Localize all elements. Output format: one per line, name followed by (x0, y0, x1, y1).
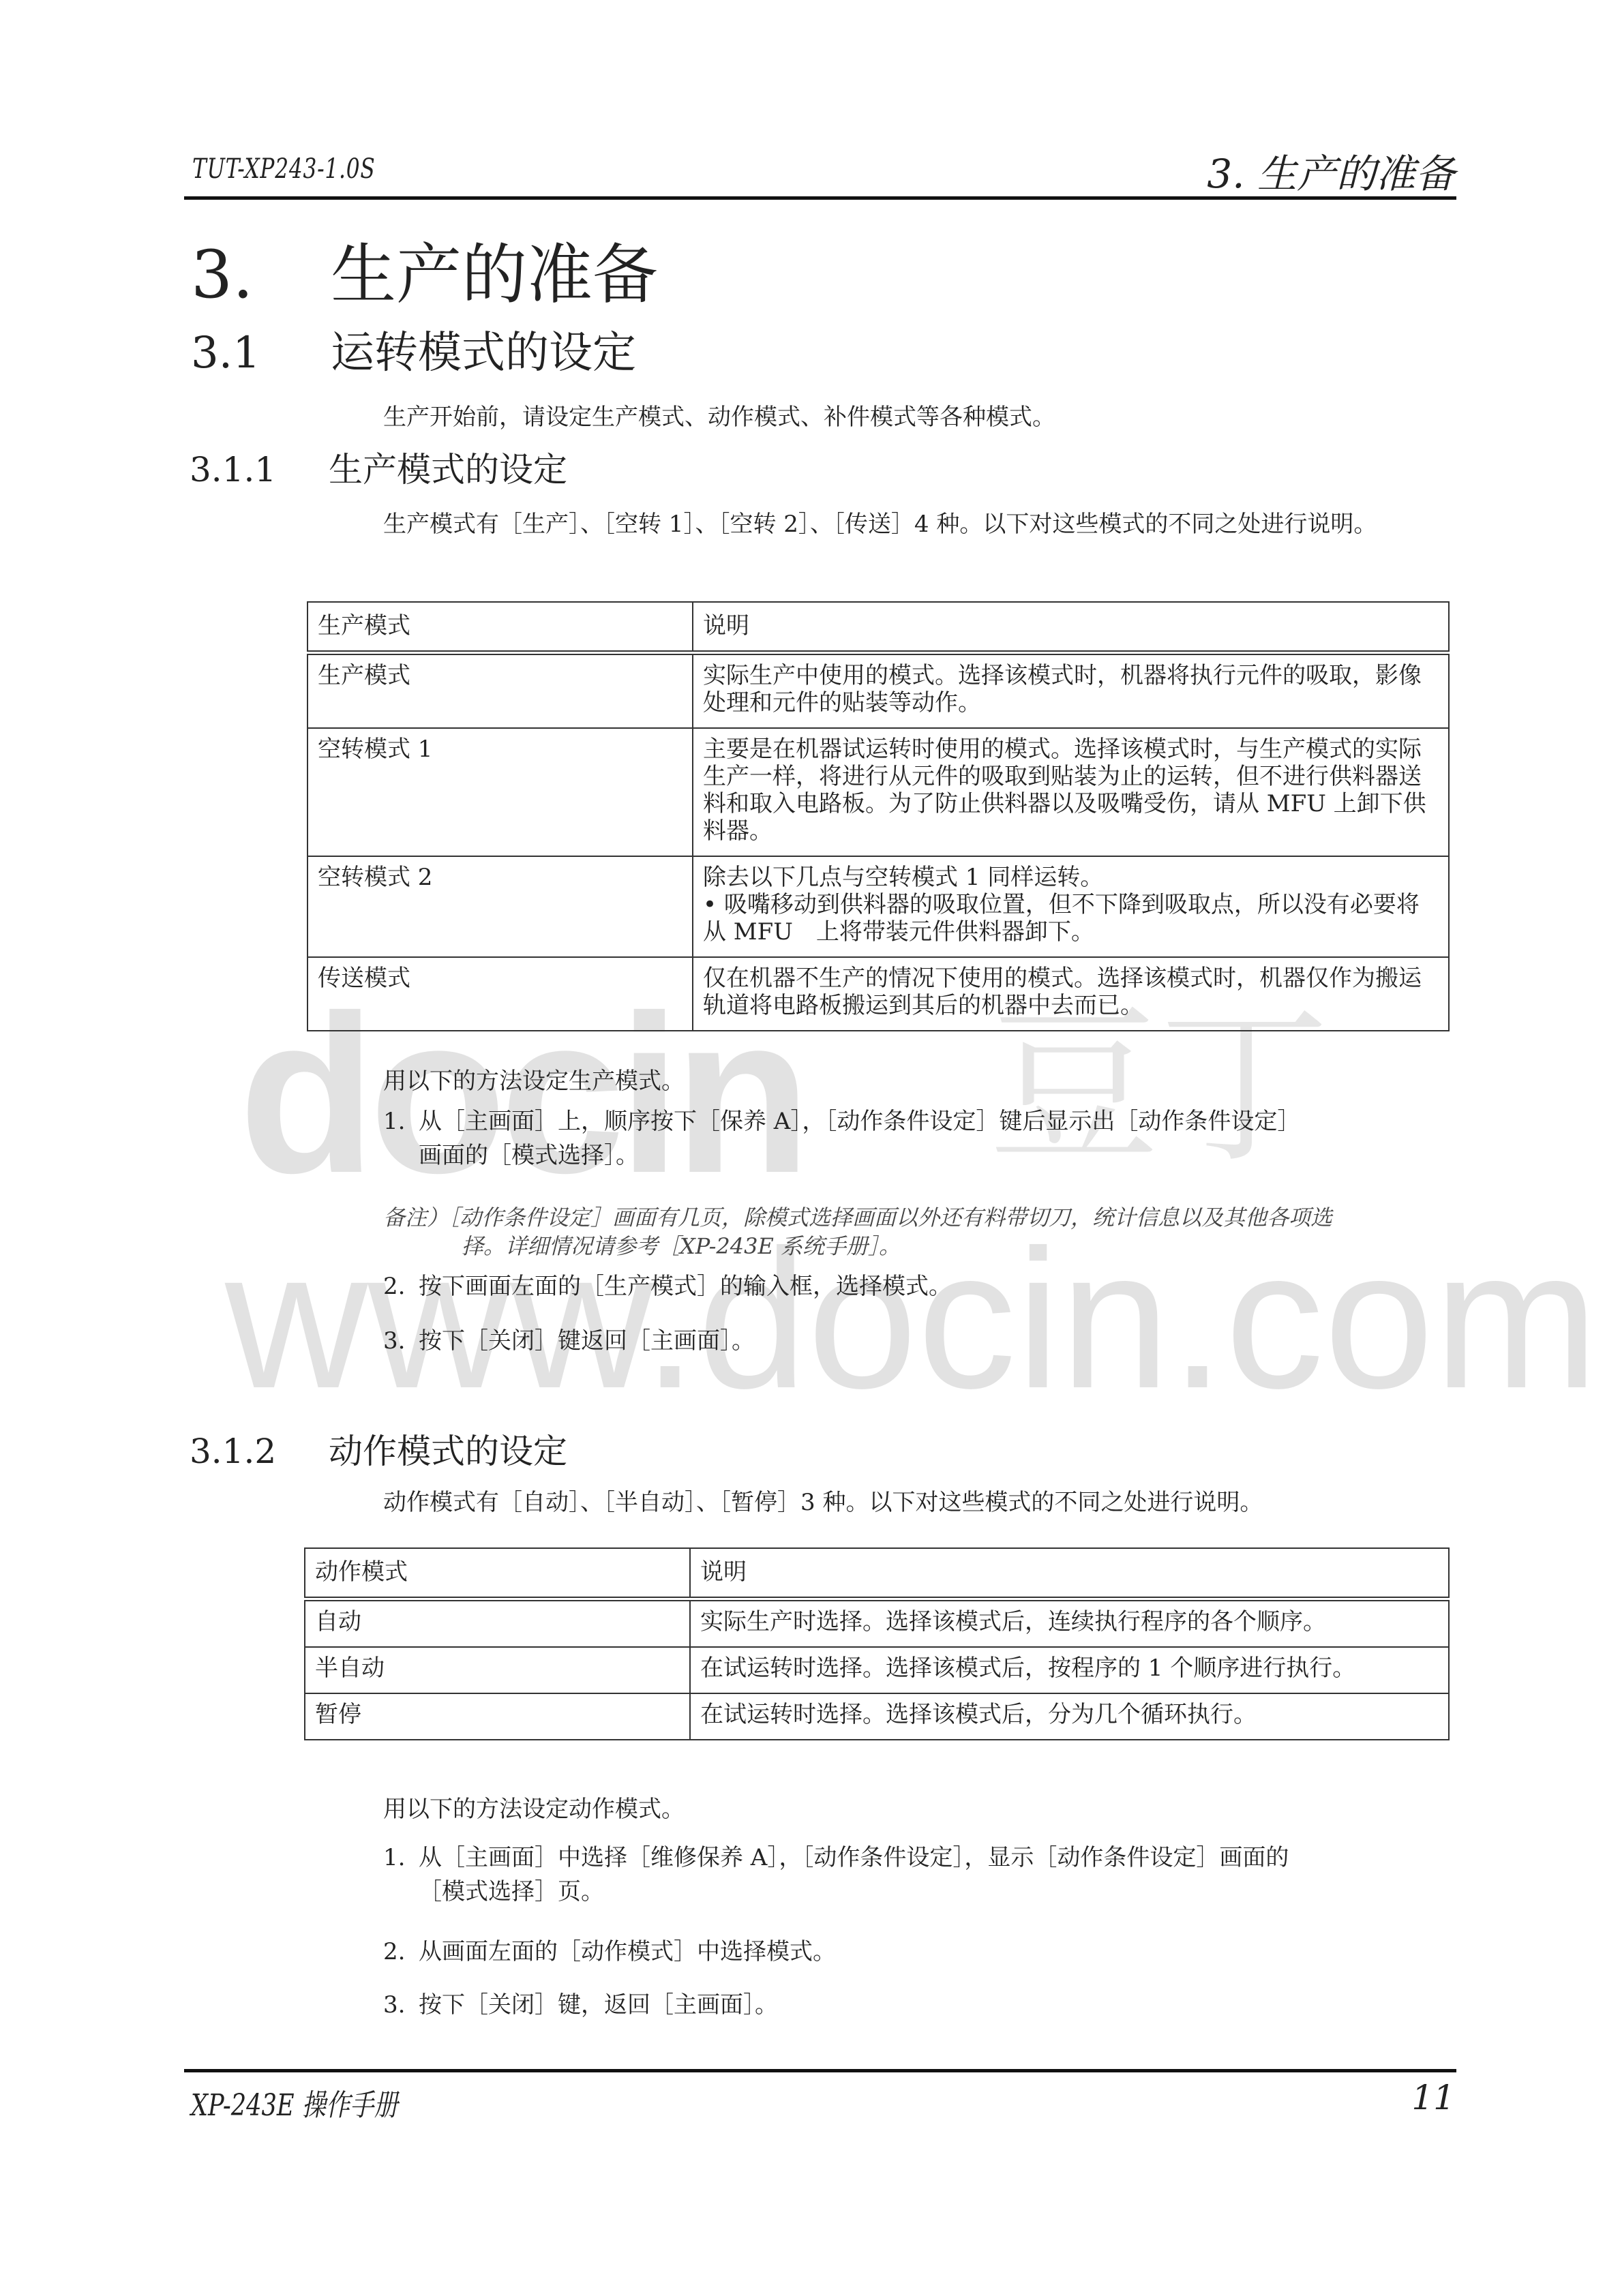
step-item: 2.从画面左面的［动作模式］中选择模式。 (383, 1935, 1447, 1969)
step-item: 1.从［主画面］上，顺序按下［保养 A］，［动作条件设定］键后显示出［动作条件设… (383, 1104, 1447, 1173)
table-row: 空转模式 2 除去以下几点与空转模式 1 同样运转。 • 吸嘴移动到供料器的吸取… (307, 856, 1449, 957)
subsection-number: 3.1.1 (190, 453, 329, 487)
table-row: 传送模式 仅在机器不生产的情况下使用的模式。选择该模式时，机器仅作为搬运轨道将电… (307, 957, 1449, 1031)
method-intro: 用以下的方法设定生产模式。 (383, 1065, 1447, 1098)
step-number: 1. (383, 1841, 419, 1875)
table-cell-mode: 传送模式 (307, 957, 693, 1031)
table-cell-desc: 实际生产时选择。选择该模式后，连续执行程序的各个顺序。 (690, 1599, 1449, 1648)
note-text-cont: 择。详细情况请参考［XP-243E 系统手册］。 (383, 1232, 1447, 1260)
table-cell-mode: 生产模式 (307, 653, 693, 729)
header-rule (184, 196, 1456, 200)
table-cell-desc: 除去以下几点与空转模式 1 同样运转。 • 吸嘴移动到供料器的吸取位置，但不下降… (693, 856, 1449, 957)
subsection-title: 动作模式的设定 (329, 1432, 567, 1471)
step-item: 2.按下画面左面的［生产模式］的输入框，选择模式。 (383, 1269, 1447, 1303)
table-header-cell: 生产模式 (307, 602, 693, 653)
table-header-row: 动作模式 说明 (305, 1548, 1449, 1599)
footer-page-number: 11 (1411, 2078, 1455, 2117)
note: 备注）［动作条件设定］画面有几页，除模式选择画面以外还有料带切刀，统计信息以及其… (383, 1203, 1447, 1260)
step-number: 3. (383, 1324, 419, 1358)
table-cell-mode: 空转模式 2 (307, 856, 693, 957)
subsection-heading-1: 3.1.1生产模式的设定 (190, 453, 567, 487)
section-heading: 3.1运转模式的设定 (191, 331, 636, 375)
step-number: 2. (383, 1935, 419, 1969)
table-cell-mode: 暂停 (305, 1693, 690, 1740)
section-title: 运转模式的设定 (331, 328, 636, 378)
table-cell-desc: 在试运转时选择。选择该模式后，按程序的 1 个顺序进行执行。 (690, 1647, 1449, 1693)
subsection-intro: 动作模式有［自动］、［半自动］、［暂停］3 种。以下对这些模式的不同之处进行说明… (383, 1486, 1447, 1519)
chapter-heading: 3.生产的准备 (191, 242, 658, 307)
step-item: 1.从［主画面］中选择［维修保养 A］，［动作条件设定］，显示［动作条件设定］画… (383, 1841, 1447, 1909)
table-row: 半自动 在试运转时选择。选择该模式后，按程序的 1 个顺序进行执行。 (305, 1647, 1449, 1693)
step-text: 从画面左面的［动作模式］中选择模式。 (419, 1938, 836, 1965)
table-cell-desc: 实际生产中使用的模式。选择该模式时，机器将执行元件的吸取，影像处理和元件的贴装等… (693, 653, 1449, 729)
step-text: 按下［关闭］键，返回［主画面］。 (419, 1991, 778, 2019)
operation-mode-table: 动作模式 说明 自动 实际生产时选择。选择该模式后，连续执行程序的各个顺序。 半… (304, 1547, 1450, 1740)
subsection-intro: 生产模式有［生产］、［空转 1］、［空转 2］、［传送］4 种。以下对这些模式的… (383, 508, 1447, 541)
header-chapter: 3. 生产的准备 (1207, 142, 1455, 199)
step-text: 从［主画面］中选择［维修保养 A］，［动作条件设定］，显示［动作条件设定］画面的 (419, 1844, 1289, 1871)
subsection-heading-2: 3.1.2动作模式的设定 (190, 1434, 567, 1468)
footer-manual-title: XP-243E 操作手册 (191, 2081, 398, 2124)
table-row: 暂停 在试运转时选择。选择该模式后，分为几个循环执行。 (305, 1693, 1449, 1740)
table-header-cell: 动作模式 (305, 1548, 690, 1599)
subsection-number: 3.1.2 (190, 1434, 329, 1468)
table-row: 空转模式 1 主要是在机器试运转时使用的模式。选择该模式时，与生产模式的实际生产… (307, 728, 1449, 856)
step-item: 3.按下［关闭］键，返回［主画面］。 (383, 1988, 1447, 2022)
step-text-cont: ［模式选择］页。 (383, 1875, 1447, 1909)
method-intro: 用以下的方法设定动作模式。 (383, 1793, 1447, 1826)
table-cell-mode: 自动 (305, 1599, 690, 1648)
step-text: 按下画面左面的［生产模式］的输入框，选择模式。 (419, 1273, 952, 1300)
table-cell-desc: 主要是在机器试运转时使用的模式。选择该模式时，与生产模式的实际生产一样，将进行从… (693, 728, 1449, 856)
table-cell-desc: 仅在机器不生产的情况下使用的模式。选择该模式时，机器仅作为搬运轨道将电路板搬运到… (693, 957, 1449, 1031)
table-header-cell: 说明 (693, 602, 1449, 653)
table-cell-mode: 半自动 (305, 1647, 690, 1693)
step-number: 3. (383, 1988, 419, 2022)
table-cell-desc: 在试运转时选择。选择该模式后，分为几个循环执行。 (690, 1693, 1449, 1740)
table-row: 自动 实际生产时选择。选择该模式后，连续执行程序的各个顺序。 (305, 1599, 1449, 1648)
step-number: 2. (383, 1269, 419, 1303)
step-text-cont: 画面的［模式选择］。 (383, 1138, 1447, 1173)
table-cell-mode: 空转模式 1 (307, 728, 693, 856)
table-header-row: 生产模式 说明 (307, 602, 1449, 653)
step-number: 1. (383, 1104, 419, 1138)
table-row: 生产模式 实际生产中使用的模式。选择该模式时，机器将执行元件的吸取，影像处理和元… (307, 653, 1449, 729)
header-doc-code: TUT-XP243-1.0S (192, 153, 376, 185)
chapter-number: 3. (191, 242, 331, 307)
step-text: 按下［关闭］键返回［主画面］。 (419, 1327, 755, 1355)
subsection-title: 生产模式的设定 (329, 450, 567, 489)
section-number: 3.1 (191, 331, 331, 375)
chapter-title: 生产的准备 (331, 237, 658, 313)
step-item: 3.按下［关闭］键返回［主画面］。 (383, 1324, 1447, 1358)
table-header-cell: 说明 (690, 1548, 1449, 1599)
note-text: 备注）［动作条件设定］画面有几页，除模式选择画面以外还有料带切刀，统计信息以及其… (383, 1205, 1332, 1230)
step-text: 从［主画面］上，顺序按下［保养 A］，［动作条件设定］键后显示出［动作条件设定］ (419, 1108, 1300, 1135)
footer-rule (184, 2069, 1456, 2072)
production-mode-table: 生产模式 说明 生产模式 实际生产中使用的模式。选择该模式时，机器将执行元件的吸… (307, 601, 1450, 1031)
section-intro: 生产开始前，请设定生产模式、动作模式、补件模式等各种模式。 (383, 401, 1447, 434)
